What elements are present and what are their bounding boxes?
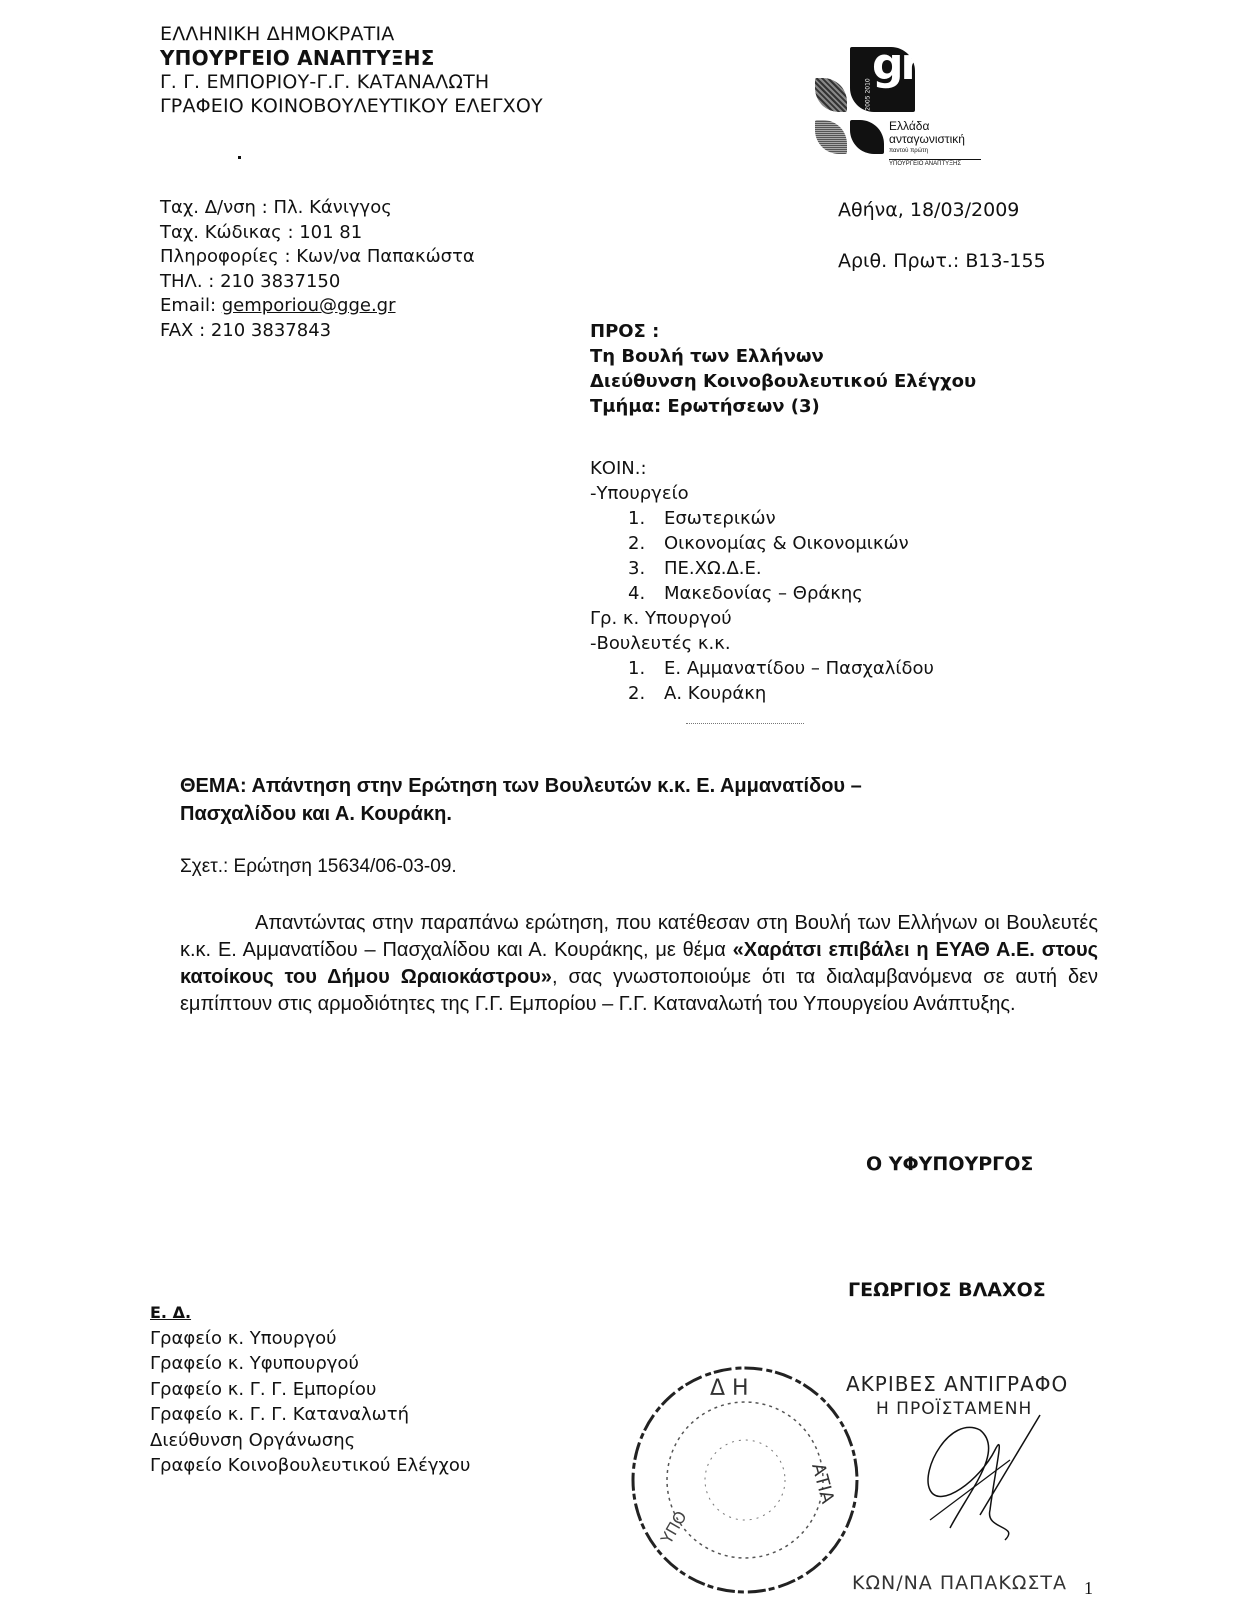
recipient-line: Τμήμα: Ερωτήσεων (3) [590, 394, 976, 419]
document-date: Αθήνα, 18/03/2009 [838, 198, 1019, 223]
signatory-title: Ο ΥΦΥΠΟΥΡΓΟΣ [866, 1153, 1033, 1175]
contact-address: Ταχ. Δ/νση : Πλ. Κάνιγγος [160, 196, 475, 221]
certifier-name: ΚΩΝ/ΝΑ ΠΑΠΑΚΩΣΤΑ [852, 1572, 1067, 1594]
logo-leaf-icon [815, 78, 847, 112]
cc-block: ΚΟΙΝ.: -Υπουργείο 1.Εσωτερικών 2.Οικονομ… [590, 456, 934, 706]
reference: Σχετ.: Ερώτηση 15634/06-03-09. [180, 856, 457, 878]
contact-email-row: Email: gemporiou@gge.gr [160, 294, 475, 319]
internal-distribution: Ε. Δ. Γραφείο κ. Υπουργού Γραφείο κ. Υφυ… [150, 1300, 470, 1479]
distribution-item: Γραφείο κ. Γ. Γ. Καταναλωτή [150, 1402, 470, 1428]
distribution-item: Γραφείο κ. Γ. Γ. Εμπορίου [150, 1377, 470, 1403]
header-line-4: ΓΡΑΦΕΙΟ ΚΟΙΝΟΒΟΥΛΕΥΤΙΚΟΥ ΕΛΕΓΧΟΥ [160, 94, 543, 118]
distribution-label: Ε. Δ. [150, 1300, 470, 1326]
page-number: 1 [1084, 1578, 1093, 1599]
official-seal-icon: Δ Η ΑΤΙΑ ΥΠΟ [630, 1355, 860, 1605]
contact-block: Ταχ. Δ/νση : Πλ. Κάνιγγος Ταχ. Κώδικας :… [160, 196, 475, 343]
body-paragraph: Απαντώντας στην παραπάνω ερώτηση, που κα… [180, 910, 1098, 1018]
logo-gr-mark: gr 2005 2010 [850, 47, 915, 112]
contact-info: Πληροφορίες : Κων/να Παπακώστα [160, 245, 475, 270]
email-link[interactable]: gemporiou@gge.gr [222, 295, 396, 316]
list-item: 3.ΠΕ.ΧΩ.Δ.Ε. [628, 556, 934, 581]
header-line-1: ΕΛΛΗΝΙΚΗ ΔΗΜΟΚΡΑΤΙΑ [160, 22, 543, 46]
cc-mps-list: 1.Ε. Αμμανατίδου – Πασχαλίδου 2.Α. Κουρά… [590, 656, 934, 706]
logo-leaf-icon [815, 120, 847, 154]
certification-label: ΑΚΡΙΒΕΣ ΑΝΤΙΓΡΑΦΟ [846, 1372, 1068, 1396]
subject-line-1: ΘΕΜΑ: Απάντηση στην Ερώτηση των Βουλευτώ… [180, 772, 862, 800]
distribution-item: Διεύθυνση Οργάνωσης [150, 1428, 470, 1454]
list-item: 4.Μακεδονίας – Θράκης [628, 581, 934, 606]
cc-mps-label: -Βουλευτές κ.κ. [590, 631, 934, 656]
header-line-3: Γ. Γ. ΕΜΠΟΡΙΟΥ-Γ.Γ. ΚΑΤΑΝΑΛΩΤΗ [160, 70, 543, 94]
list-item: 2.Οικονομίας & Οικονομικών [628, 531, 934, 556]
contact-postcode: Ταχ. Κώδικας : 101 81 [160, 221, 475, 246]
scan-line [686, 723, 804, 724]
handwritten-signature-icon [910, 1410, 1050, 1550]
contact-phone: ΤΗΛ. : 210 3837150 [160, 270, 475, 295]
recipient-line: Διεύθυνση Κοινοβουλευτικού Ελέγχου [590, 369, 976, 394]
cc-label: ΚΟΙΝ.: [590, 456, 934, 481]
distribution-item: Γραφείο κ. Υπουργού [150, 1326, 470, 1352]
distribution-item: Γραφείο Κοινοβουλευτικού Ελέγχου [150, 1453, 470, 1479]
cc-ministries-list: 1.Εσωτερικών 2.Οικονομίας & Οικονομικών … [590, 506, 934, 606]
cc-office: Γρ. κ. Υπουργού [590, 606, 934, 631]
ministry-header: ΕΛΛΗΝΙΚΗ ΔΗΜΟΚΡΑΤΙΑ ΥΠΟΥΡΓΕΙΟ ΑΝΑΠΤΥΞΗΣ … [160, 22, 543, 118]
svg-text:ΥΠΟ: ΥΠΟ [657, 1508, 691, 1548]
distribution-item: Γραφείο κ. Υφυπουργού [150, 1351, 470, 1377]
recipient-block: ΠΡΟΣ : Τη Βουλή των Ελλήνων Διεύθυνση Κο… [590, 319, 976, 419]
subject-block: ΘΕΜΑ: Απάντηση στην Ερώτηση των Βουλευτώ… [180, 772, 862, 828]
contact-fax: FAX : 210 3837843 [160, 319, 475, 344]
logo-leaf-icon [850, 120, 884, 154]
cc-ministries-label: -Υπουργείο [590, 481, 934, 506]
list-item: 1.Εσωτερικών [628, 506, 934, 531]
signatory-name: ΓΕΩΡΓΙΟΣ ΒΛΑΧΟΣ [848, 1279, 1046, 1301]
ministry-logo: gr 2005 2010 Ελλάδα ανταγωνιστική παντού… [815, 45, 1005, 185]
list-item: 1.Ε. Αμμανατίδου – Πασχαλίδου [628, 656, 934, 681]
svg-text:ΑΤΙΑ: ΑΤΙΑ [807, 1461, 838, 1507]
scan-dot [238, 156, 241, 159]
recipient-line: Τη Βουλή των Ελλήνων [590, 344, 976, 369]
header-line-2: ΥΠΟΥΡΓΕΙΟ ΑΝΑΠΤΥΞΗΣ [160, 46, 543, 70]
list-item: 2.Α. Κουράκη [628, 681, 934, 706]
subject-line-2: Πασχαλίδου και Α. Κουράκη. [180, 800, 862, 828]
recipient-label: ΠΡΟΣ : [590, 319, 976, 344]
protocol-number: Αριθ. Πρωτ.: Β13-155 [838, 249, 1046, 274]
svg-text:Δ Η: Δ Η [710, 1376, 749, 1401]
